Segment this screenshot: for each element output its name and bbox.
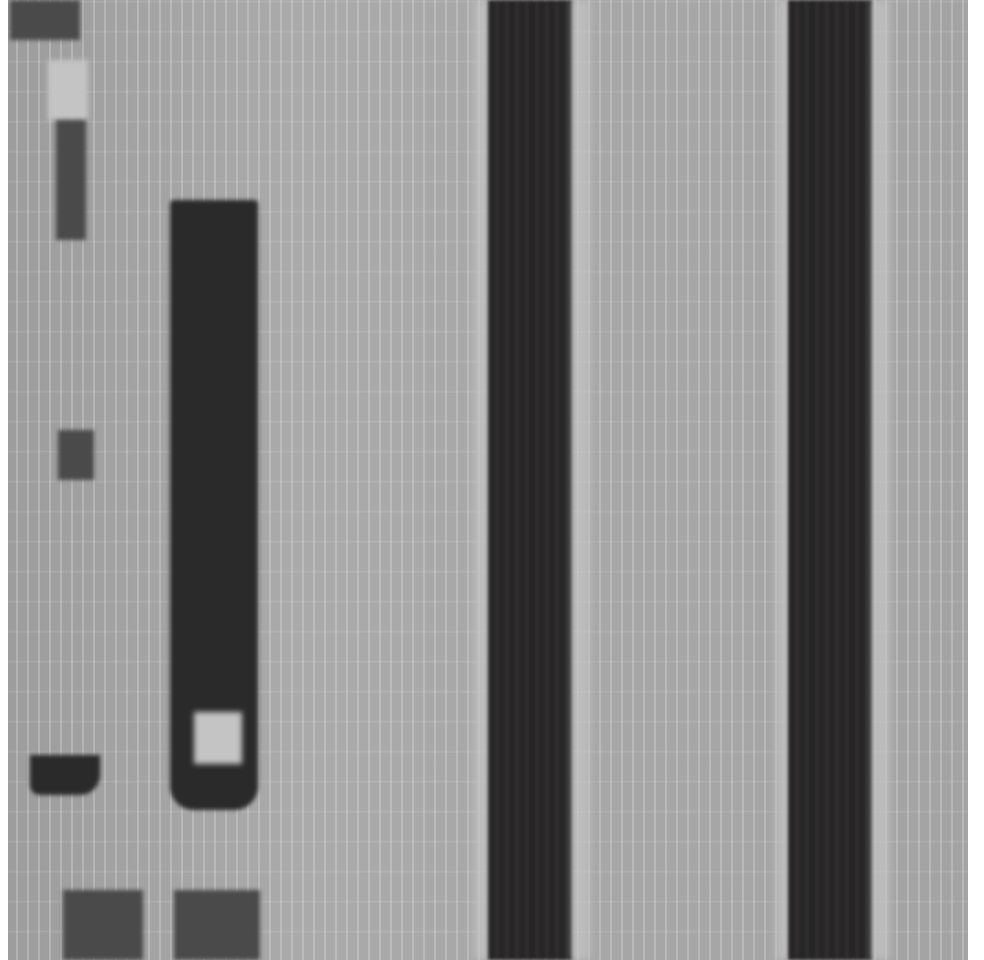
- left-column-small-square: [58, 430, 94, 480]
- left-column-light-patch: [48, 60, 88, 120]
- bottom-left-square: [63, 890, 143, 960]
- vertical-dark-stripe-1: [488, 0, 572, 960]
- bottom-middle-square: [174, 890, 260, 960]
- left-column-dark-blotch: [10, 0, 80, 40]
- left-bottom-bracket: [30, 755, 100, 795]
- vertical-dark-stripe-2: [788, 0, 872, 960]
- stripe-1-right-halo: [572, 0, 590, 960]
- stripe-2-right-halo: [872, 0, 890, 960]
- left-column-dark-bar: [56, 120, 86, 240]
- tall-rectangle-light-notch: [194, 712, 242, 764]
- micrograph-image: [8, 0, 968, 960]
